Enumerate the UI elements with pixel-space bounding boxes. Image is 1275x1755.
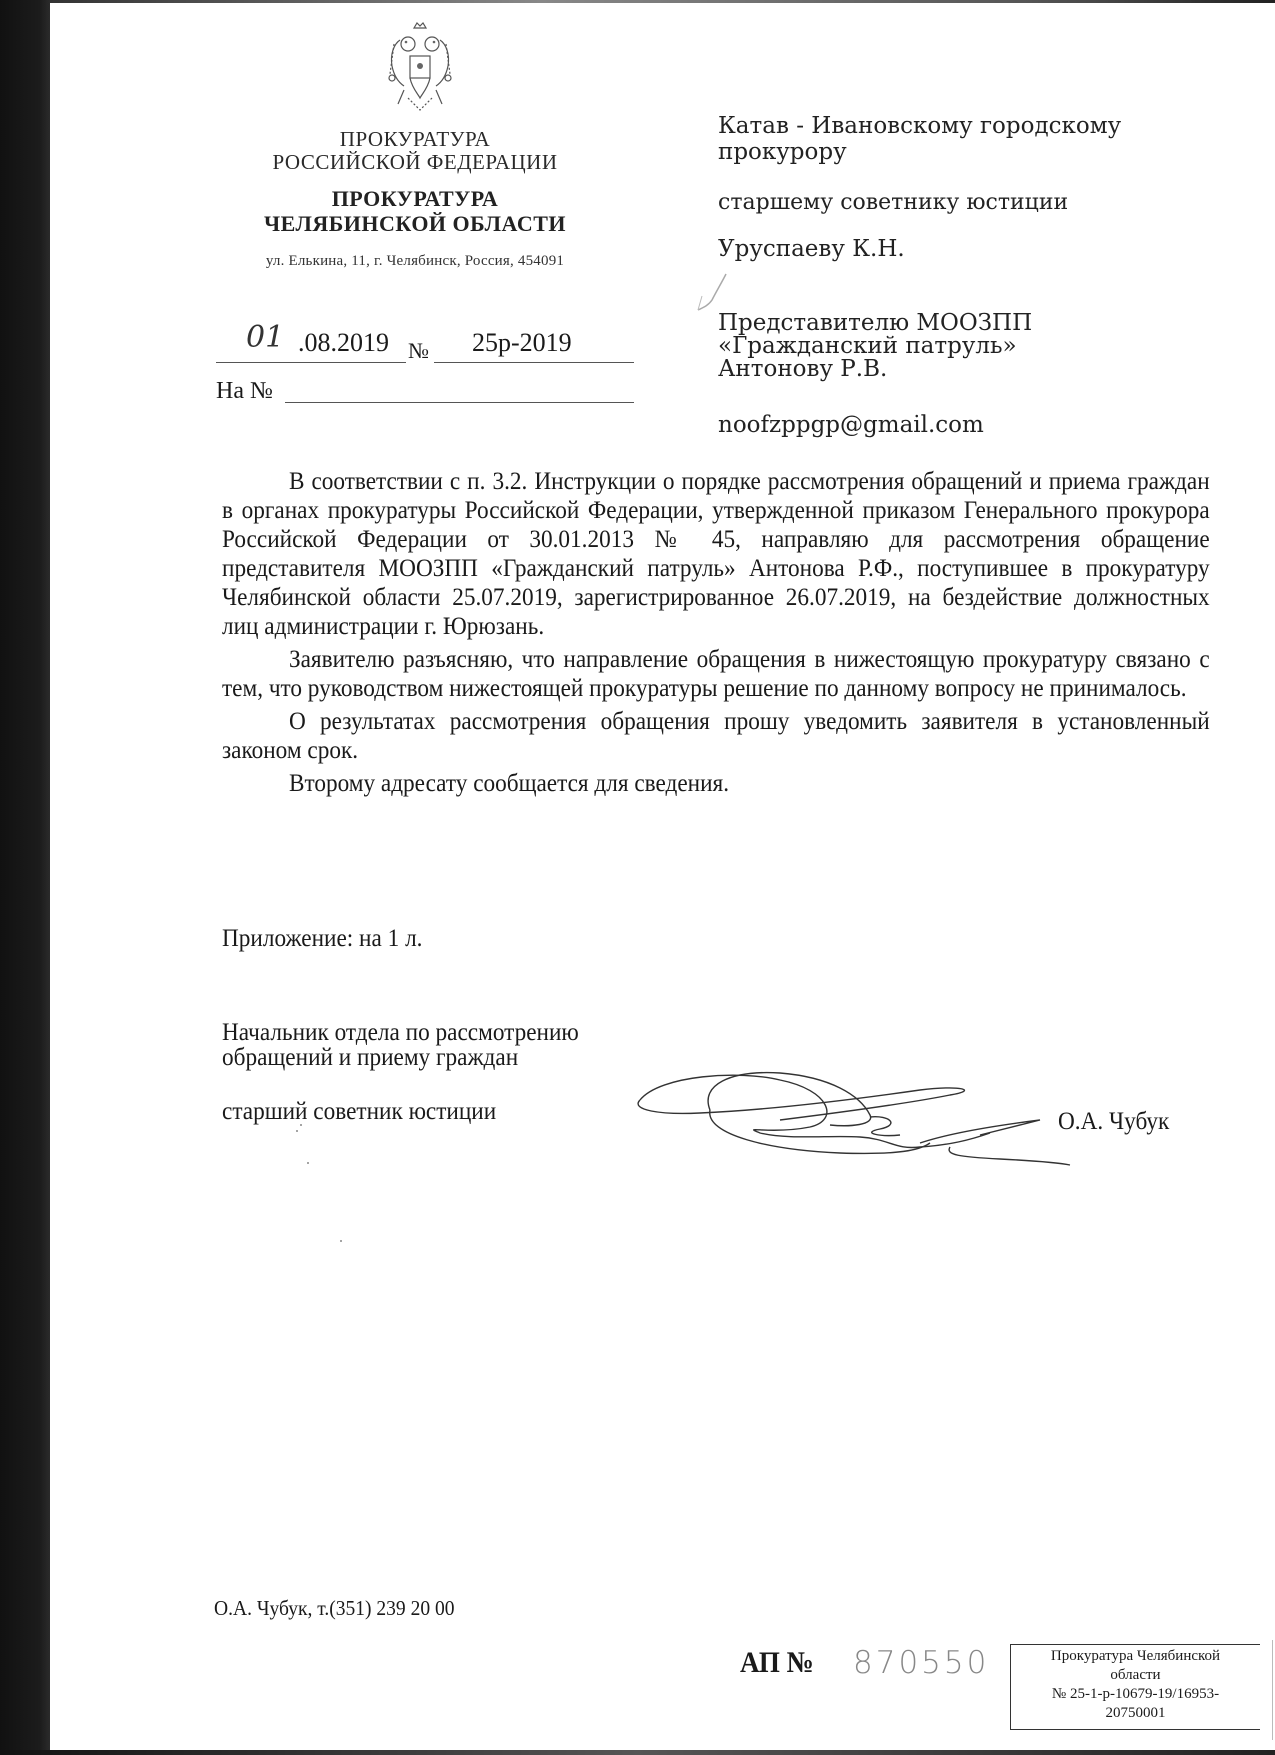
scan-speck	[340, 1240, 342, 1242]
signatory-title-line2: обращений и приему граждан	[222, 1045, 579, 1070]
parent-org-line1: ПРОКУРАТУРА	[220, 128, 610, 151]
letterhead: ПРОКУРАТУРА РОССИЙСКОЙ ФЕДЕРАЦИИ ПРОКУРА…	[220, 128, 610, 270]
recipient-2-line2: «Гражданский патруль»	[718, 335, 1118, 358]
scan-border-top	[50, 0, 1275, 3]
signatory-rank: старший советник юстиции	[222, 1098, 496, 1126]
paragraph: В соответствии с п. 3.2. Инструкции о по…	[222, 467, 1210, 641]
recipient-2-title: Представителю МООЗПП «Гражданский патрул…	[718, 312, 1118, 381]
date-printed: .08.2019	[298, 328, 389, 358]
stamp-line4: 20750001	[1011, 1704, 1260, 1723]
recipient-2-email[interactable]: noofzppgp@gmail.com	[718, 412, 984, 438]
recipient-1-rank: старшему советнику юстиции	[718, 190, 1068, 215]
stamp-line2: области	[1011, 1666, 1260, 1685]
ap-label: АП №	[740, 1646, 814, 1680]
executor-contact: О.А. Чубук, т.(351) 239 20 00	[214, 1596, 455, 1621]
signatory-name: О.А. Чубук	[1058, 1108, 1169, 1136]
number-sign: №	[408, 338, 429, 364]
stamp-line3: № 25-1-р-10679-19/16953-	[1011, 1685, 1260, 1704]
scan-border-left	[0, 0, 50, 1755]
reply-to-label: На №	[216, 378, 273, 405]
scan-artifact-line	[1272, 1640, 1273, 1740]
org-name-line1: ПРОКУРАТУРА	[220, 186, 610, 211]
recipient-1-name: Уруспаеву К.Н.	[718, 236, 905, 262]
russian-coat-of-arms-icon	[380, 18, 460, 118]
recipient-1-line2: прокурору	[718, 139, 1178, 165]
letter-body: В соответствии с п. 3.2. Инструкции о по…	[222, 467, 1210, 798]
ap-serial-number: 870550	[853, 1645, 989, 1681]
outgoing-number-field: 25р-2019	[434, 322, 634, 363]
scan-speck	[307, 1162, 309, 1164]
registration-stamp: Прокуратура Челябинской области № 25-1-р…	[1010, 1644, 1260, 1730]
scan-speck	[296, 1130, 298, 1132]
org-address: ул. Елькина, 11, г. Челябинск, Россия, 4…	[220, 253, 610, 270]
signatory-title: Начальник отдела по рассмотрению обращен…	[222, 1020, 579, 1070]
scan-speck	[300, 1124, 302, 1126]
stamp-line1: Прокуратура Челябинской	[1011, 1647, 1260, 1666]
org-name-line2: ЧЕЛЯБИНСКОЙ ОБЛАСТИ	[220, 211, 610, 236]
outgoing-number: 25р-2019	[472, 328, 572, 358]
recipient-1-line1: Катав - Ивановскому городскому	[718, 113, 1178, 139]
parent-org-name: ПРОКУРАТУРА РОССИЙСКОЙ ФЕДЕРАЦИИ	[220, 128, 610, 174]
signatory-title-line1: Начальник отдела по рассмотрению	[222, 1020, 579, 1045]
attachment-note: Приложение: на 1 л.	[222, 925, 422, 953]
recipient-1-title: Катав - Ивановскому городскому прокурору	[718, 113, 1178, 165]
paragraph: Заявителю разъясняю, что направление обр…	[222, 645, 1210, 703]
date-field: 01 .08.2019	[216, 322, 406, 363]
parent-org-line2: РОССИЙСКОЙ ФЕДЕРАЦИИ	[220, 151, 610, 174]
paragraph: О результатах рассмотрения обращения про…	[222, 707, 1210, 765]
scan-border-bottom	[0, 1750, 1275, 1755]
org-name: ПРОКУРАТУРА ЧЕЛЯБИНСКОЙ ОБЛАСТИ	[220, 186, 610, 236]
paragraph: Второму адресату сообщается для сведения…	[222, 769, 1210, 798]
reply-to-field	[285, 372, 634, 403]
handwritten-day: 01	[246, 320, 284, 355]
recipient-2-line1: Представителю МООЗПП	[718, 312, 1118, 335]
recipient-2-name: Антонову Р.В.	[718, 358, 1118, 381]
